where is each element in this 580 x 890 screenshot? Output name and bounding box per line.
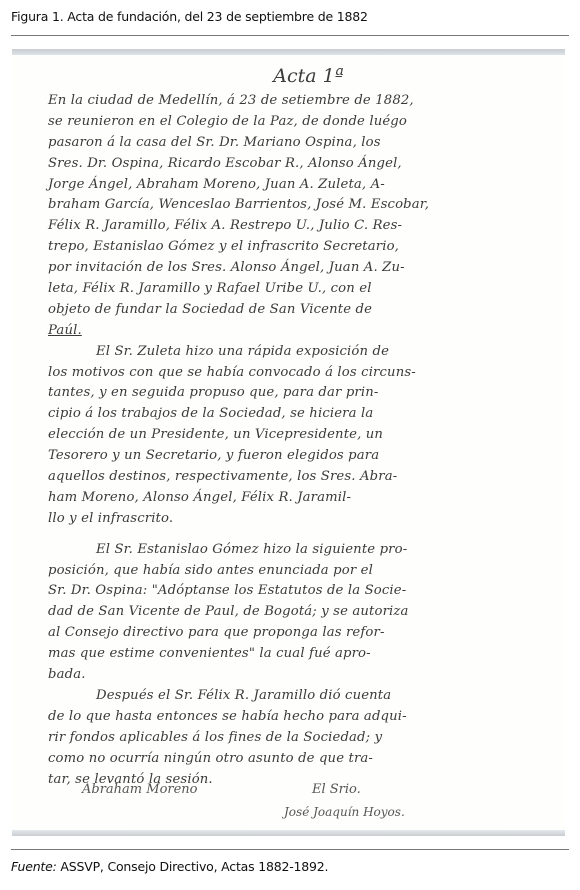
signature-president: Abraham Moreno	[82, 782, 198, 797]
manuscript-line-text: Paúl.	[48, 323, 82, 338]
manuscript-line: bada.	[48, 665, 558, 686]
source-label: Fuente:	[11, 859, 57, 874]
scanned-manuscript: Acta 1ª En la ciudad de Medellín, á 23 d…	[12, 49, 565, 836]
manuscript-line: tantes, y en seguida propuso que, para d…	[48, 383, 558, 404]
manuscript-line: Paúl.	[48, 321, 558, 342]
manuscript-line: se reunieron en el Colegio de la Paz, de…	[48, 112, 558, 133]
manuscript-line: dad de San Vicente de Paul, de Bogotá; y…	[48, 602, 558, 623]
manuscript-line: En la ciudad de Medellín, á 23 de setiem…	[48, 91, 558, 112]
manuscript-line: por invitación de los Sres. Alonso Ángel…	[48, 258, 558, 279]
manuscript-line: El Sr. Zuleta hizo una rápida exposición…	[48, 342, 558, 363]
manuscript-line: mas que estime convenientes" la cual fué…	[48, 644, 558, 665]
scan-edge-top	[12, 49, 565, 55]
manuscript-line: de lo que hasta entonces se había hecho …	[48, 707, 558, 728]
manuscript-line: Félix R. Jaramillo, Félix A. Restrepo U.…	[48, 216, 558, 237]
manuscript-line: elección de un Presidente, un Vicepresid…	[48, 425, 558, 446]
manuscript-line: Jorge Ángel, Abraham Moreno, Juan A. Zul…	[48, 175, 558, 196]
scan-edge-bottom	[12, 830, 565, 836]
manuscript-line: Sres. Dr. Ospina, Ricardo Escobar R., Al…	[48, 154, 558, 175]
manuscript-line: pasaron á la casa del Sr. Dr. Mariano Os…	[48, 133, 558, 154]
manuscript-line: braham García, Wenceslao Barrientos, Jos…	[48, 195, 558, 216]
manuscript-line: Tesorero y un Secretario, y fueron elegi…	[48, 446, 558, 467]
source-note: Fuente: ASSVP, Consejo Directivo, Actas …	[11, 859, 328, 874]
manuscript-line: llo y el infrascrito.	[48, 509, 558, 530]
manuscript-heading: Acta 1ª	[12, 65, 565, 87]
manuscript-line: los motivos con que se había convocado á…	[48, 363, 558, 384]
manuscript-line: como no ocurría ningún otro asunto de qu…	[48, 749, 558, 770]
manuscript-line: Sr. Dr. Ospina: "Adóptanse los Estatutos…	[48, 581, 558, 602]
figure-title: Acta de fundación, del 23 de septiembre …	[64, 9, 368, 24]
manuscript-line: El Sr. Estanislao Gómez hizo la siguient…	[48, 540, 558, 561]
top-divider	[11, 35, 569, 36]
manuscript-line: ham Moreno, Alonso Ángel, Félix R. Jaram…	[48, 488, 558, 509]
manuscript-line: cipio á los trabajos de la Sociedad, se …	[48, 404, 558, 425]
manuscript-line: aquellos destinos, respectivamente, los …	[48, 467, 558, 488]
figure-caption: Figura 1. Acta de fundación, del 23 de s…	[11, 9, 368, 24]
manuscript-line: Después el Sr. Félix R. Jaramillo dió cu…	[48, 686, 558, 707]
manuscript-line: trepo, Estanislao Gómez y el infrascrito…	[48, 237, 558, 258]
manuscript-line: leta, Félix R. Jaramillo y Rafael Uribe …	[48, 279, 558, 300]
signature-secretary: José Joaquín Hoyos.	[284, 805, 405, 819]
manuscript-line: objeto de fundar la Sociedad de San Vice…	[48, 300, 558, 321]
figure-label: Figura 1.	[11, 9, 64, 24]
manuscript-line: rir fondos aplicables á los fines de la …	[48, 728, 558, 749]
bottom-divider	[11, 849, 569, 850]
manuscript-line: posición, que había sido antes enunciada…	[48, 561, 558, 582]
manuscript-body: En la ciudad de Medellín, á 23 de setiem…	[48, 91, 558, 790]
manuscript-line: al Consejo directivo para que proponga l…	[48, 623, 558, 644]
signature-secretary-title: El Srio.	[312, 782, 361, 797]
source-text: ASSVP, Consejo Directivo, Actas 1882-189…	[57, 859, 329, 874]
paragraph-gap	[48, 530, 558, 540]
